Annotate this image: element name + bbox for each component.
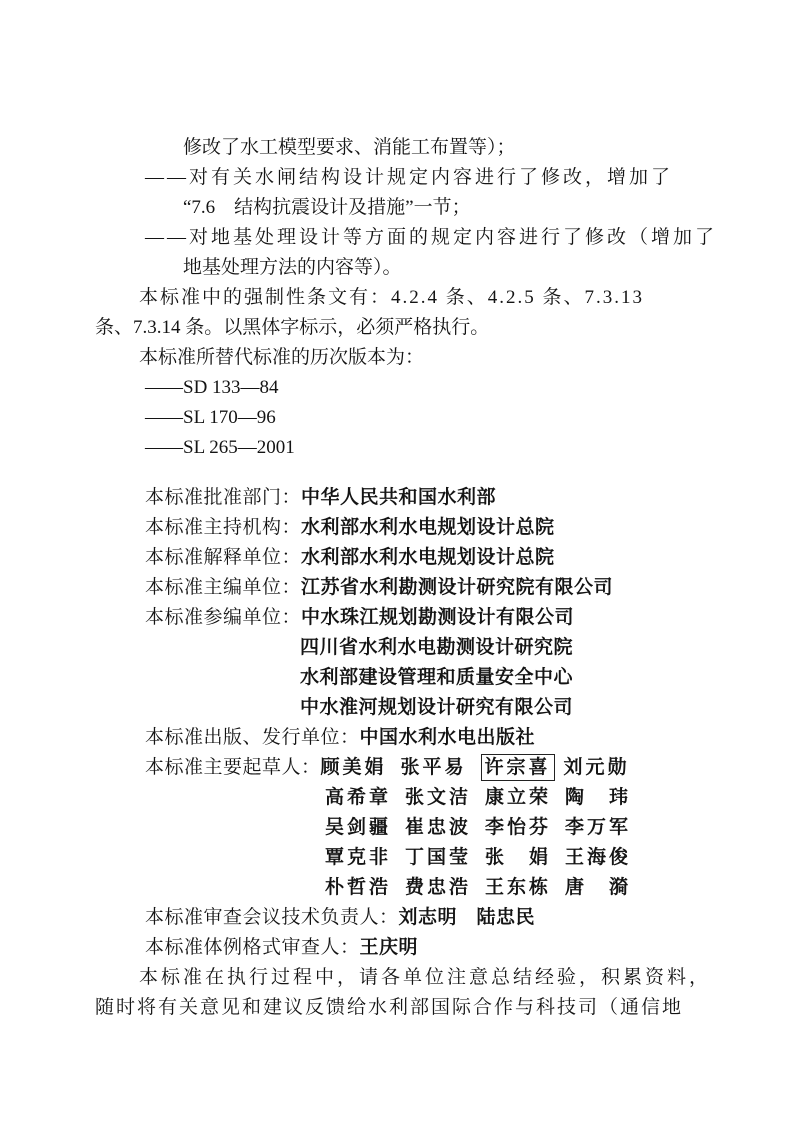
row-label: 本标准主要起草人： <box>145 757 321 778</box>
drafter-name: 崔忠波 <box>405 813 477 843</box>
replaced-versions-heading: 本标准所替代标准的历次版本为： <box>95 343 714 373</box>
drafter-name: 康立荣 <box>485 783 557 813</box>
drafters-row: 吴剑疆崔忠波李怡芬李万军 <box>95 813 714 843</box>
row-value: 四川省水利水电勘测设计研究院 <box>300 637 573 658</box>
row-label: 本标准审查会议技术负责人： <box>145 907 399 928</box>
row-value: 王庆明 <box>360 937 419 958</box>
row-value: 水利部水利水电规划设计总院 <box>301 517 555 538</box>
revision-note-line: ——对有关水闸结构设计规定内容进行了修改，增加了 <box>95 163 714 193</box>
closing-line: 随时将有关意见和建议反馈给水利部国际合作与科技司（通信地 <box>95 993 714 1023</box>
mandatory-clauses-line: 条、7.3.14 条。以黑体字标示，必须严格执行。 <box>95 313 714 343</box>
replaced-version-item: ——SL 170—96 <box>95 403 714 433</box>
row-value: 中水珠江规划勘测设计有限公司 <box>301 607 574 628</box>
row-value: 中水淮河规划设计研究有限公司 <box>300 697 573 718</box>
drafter-name: 吴剑疆 <box>325 813 397 843</box>
drafter-name: 丁国莹 <box>405 843 477 873</box>
section-gap <box>95 463 714 483</box>
chief-editing-unit-row: 本标准主编单位：江苏省水利勘测设计研究院有限公司 <box>95 573 714 603</box>
drafter-name: 王东栋 <box>485 873 557 903</box>
participating-unit-line: 中水淮河规划设计研究有限公司 <box>95 693 714 723</box>
replaced-version-item: ——SD 133—84 <box>95 373 714 403</box>
approval-department-row: 本标准批准部门：中华人民共和国水利部 <box>95 483 714 513</box>
row-label: 本标准参编单位： <box>145 607 301 628</box>
row-value: 水利部水利水电规划设计总院 <box>301 547 555 568</box>
revision-note-line: 修改了水工模型要求、消能工布置等）； <box>95 133 714 163</box>
drafter-name: 费忠浩 <box>405 873 477 903</box>
document-page: 修改了水工模型要求、消能工布置等）； ——对有关水闸结构设计规定内容进行了修改，… <box>0 0 802 1122</box>
drafter-name: 唐 漪 <box>565 873 637 903</box>
participating-unit-line: 水利部建设管理和质量安全中心 <box>95 663 714 693</box>
publisher-row: 本标准出版、发行单位：中国水利水电出版社 <box>95 723 714 753</box>
replaced-version-item: ——SL 265—2001 <box>95 433 714 463</box>
host-organization-row: 本标准主持机构：水利部水利水电规划设计总院 <box>95 513 714 543</box>
closing-paragraph: 本标准在执行过程中，请各单位注意总结经验，积累资料， 随时将有关意见和建议反馈给… <box>95 963 714 1023</box>
drafter-name: 陶 玮 <box>565 783 637 813</box>
revision-note-line: 地基处理方法的内容等）。 <box>95 253 714 283</box>
drafter-name: 张 娟 <box>485 843 557 873</box>
mandatory-clauses-line: 本标准中的强制性条文有：4.2.4 条、4.2.5 条、7.3.13 <box>95 283 714 313</box>
drafter-name: 刘元勋 <box>564 753 636 783</box>
drafters-row: 覃克非丁国莹张 娟王海俊 <box>95 843 714 873</box>
row-label: 本标准体例格式审查人： <box>145 937 360 958</box>
standard-info-section: 本标准批准部门：中华人民共和国水利部 本标准主持机构：水利部水利水电规划设计总院… <box>95 483 714 963</box>
row-value: 中国水利水电出版社 <box>360 727 536 748</box>
interpretation-unit-row: 本标准解释单位：水利部水利水电规划设计总院 <box>95 543 714 573</box>
row-label: 本标准出版、发行单位： <box>145 727 360 748</box>
row-value: 中华人民共和国水利部 <box>301 487 496 508</box>
drafter-name: 李万军 <box>565 813 637 843</box>
drafter-name: 高希章 <box>325 783 397 813</box>
drafter-name: 王海俊 <box>565 843 637 873</box>
row-value: 刘志明 陆忠民 <box>399 907 536 928</box>
drafter-name: 顾美娟 <box>321 753 393 783</box>
row-label: 本标准主持机构： <box>145 517 301 538</box>
drafters-row: 朴哲浩费忠浩王东栋唐 漪 <box>95 873 714 903</box>
row-value: 江苏省水利勘测设计研究院有限公司 <box>301 577 613 598</box>
revision-notes-section: 修改了水工模型要求、消能工布置等）； ——对有关水闸结构设计规定内容进行了修改，… <box>95 133 714 463</box>
drafter-name: 张平易 <box>401 753 473 783</box>
row-label: 本标准主编单位： <box>145 577 301 598</box>
drafter-name: 张文洁 <box>405 783 477 813</box>
drafters-row: 高希章张文洁康立荣陶 玮 <box>95 783 714 813</box>
revision-note-line: ——对地基处理设计等方面的规定内容进行了修改（增加了 <box>95 223 714 253</box>
row-label: 本标准解释单位： <box>145 547 301 568</box>
row-label: 本标准批准部门： <box>145 487 301 508</box>
row-value: 水利部建设管理和质量安全中心 <box>300 667 573 688</box>
closing-line: 本标准在执行过程中，请各单位注意总结经验，积累资料， <box>95 963 714 993</box>
drafter-name-memorial-box: 许宗喜 <box>481 754 555 781</box>
page-content: 修改了水工模型要求、消能工布置等）； ——对有关水闸结构设计规定内容进行了修改，… <box>0 0 802 1023</box>
drafters-row: 本标准主要起草人：顾美娟张平易许宗喜刘元勋 <box>95 753 714 783</box>
participating-unit-line: 四川省水利水电勘测设计研究院 <box>95 633 714 663</box>
format-reviewer-row: 本标准体例格式审查人：王庆明 <box>95 933 714 963</box>
participating-units-row: 本标准参编单位：中水珠江规划勘测设计有限公司 <box>95 603 714 633</box>
drafter-name: 朴哲浩 <box>325 873 397 903</box>
drafter-name: 覃克非 <box>325 843 397 873</box>
review-leaders-row: 本标准审查会议技术负责人：刘志明 陆忠民 <box>95 903 714 933</box>
drafter-name: 李怡芬 <box>485 813 557 843</box>
revision-note-line: “7.6 结构抗震设计及措施”一节； <box>95 193 714 223</box>
